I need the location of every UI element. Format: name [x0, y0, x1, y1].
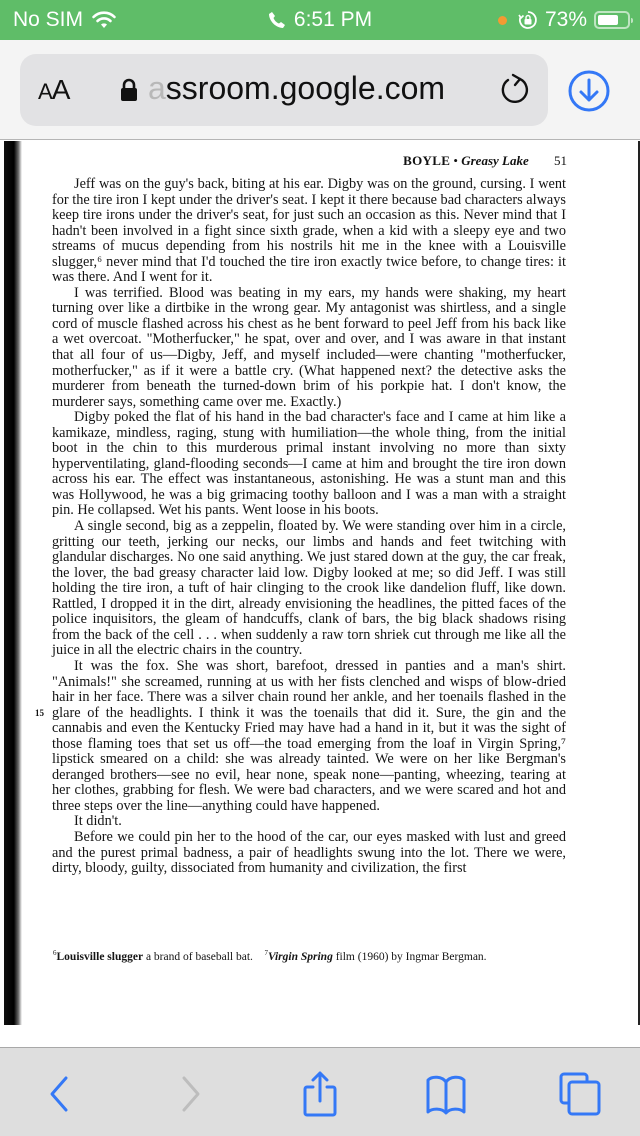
running-head-author: BOYLE [403, 153, 450, 168]
clock-time: 6:51 PM [294, 8, 372, 32]
paragraph: It was the fox. She was short, barefoot,… [52, 659, 566, 814]
footnotes: 6Louisville slugger a brand of baseball … [53, 949, 567, 963]
paragraph: Jeff was on the guy's back, biting at hi… [52, 177, 566, 286]
scan-binding-shadow [4, 141, 22, 1025]
chevron-right-icon [178, 1074, 202, 1114]
footnote-6: 6Louisville slugger a brand of baseball … [53, 951, 253, 963]
status-bar: No SIM 6:51 PM 73% [0, 0, 640, 40]
document-viewer[interactable]: BOYLE • Greasy Lake 51 Jeff was on the g… [0, 141, 640, 1025]
margin-line-number: 15 [35, 708, 44, 718]
status-right: 73% [498, 8, 630, 32]
tabs-icon [558, 1071, 602, 1117]
tabs-button[interactable] [558, 1072, 602, 1116]
recording-indicator-icon [498, 16, 507, 25]
orientation-lock-icon [518, 10, 538, 30]
share-button[interactable] [298, 1072, 342, 1116]
browser-header: AA assroom.google.com [0, 40, 640, 140]
back-button[interactable] [38, 1072, 82, 1116]
running-head-separator: • [453, 153, 458, 168]
download-icon[interactable] [568, 70, 610, 112]
share-icon [302, 1069, 338, 1119]
footnote-7: 7Virgin Spring film (1960) by Ingmar Ber… [264, 951, 486, 963]
bottom-toolbar [0, 1047, 640, 1136]
url-faded-prefix: a [148, 70, 166, 106]
book-icon [424, 1072, 468, 1116]
forward-button[interactable] [168, 1072, 212, 1116]
footnote-term: Virgin Spring [268, 951, 333, 963]
battery-level [598, 15, 618, 25]
url-text[interactable]: assroom.google.com [148, 70, 478, 107]
running-head: BOYLE • Greasy Lake 51 [0, 153, 567, 169]
reload-icon[interactable] [498, 72, 532, 108]
paragraph: I was terrified. Blood was beating in my… [52, 286, 566, 410]
footnote-term: Louisville slugger [57, 951, 144, 963]
text-size-small-a: A [38, 79, 52, 104]
story-text: Jeff was on the guy's back, biting at hi… [52, 177, 566, 877]
footnote-definition: film (1960) by Ingmar Bergman. [336, 951, 487, 963]
battery-percent: 73% [545, 8, 587, 32]
address-bar[interactable]: AA assroom.google.com [20, 54, 548, 126]
text-size-large-a: A [52, 74, 70, 105]
text-size-button[interactable]: AA [38, 74, 69, 106]
footnote-definition: a brand of baseball bat. [146, 951, 253, 963]
phone-call-icon [268, 11, 286, 29]
lock-icon [120, 78, 138, 102]
running-head-title: Greasy Lake [461, 153, 529, 168]
paragraph: A single second, big as a zeppelin, floa… [52, 519, 566, 659]
chevron-left-icon [48, 1074, 72, 1114]
paragraph: It didn't. [52, 814, 566, 830]
bookmarks-button[interactable] [424, 1072, 468, 1116]
paragraph: Digby poked the flat of his hand in the … [52, 410, 566, 519]
url-domain: ssroom.google.com [166, 70, 445, 106]
battery-icon [594, 11, 630, 29]
page-number: 51 [554, 153, 567, 168]
paragraph: Before we could pin her to the hood of t… [52, 830, 566, 877]
